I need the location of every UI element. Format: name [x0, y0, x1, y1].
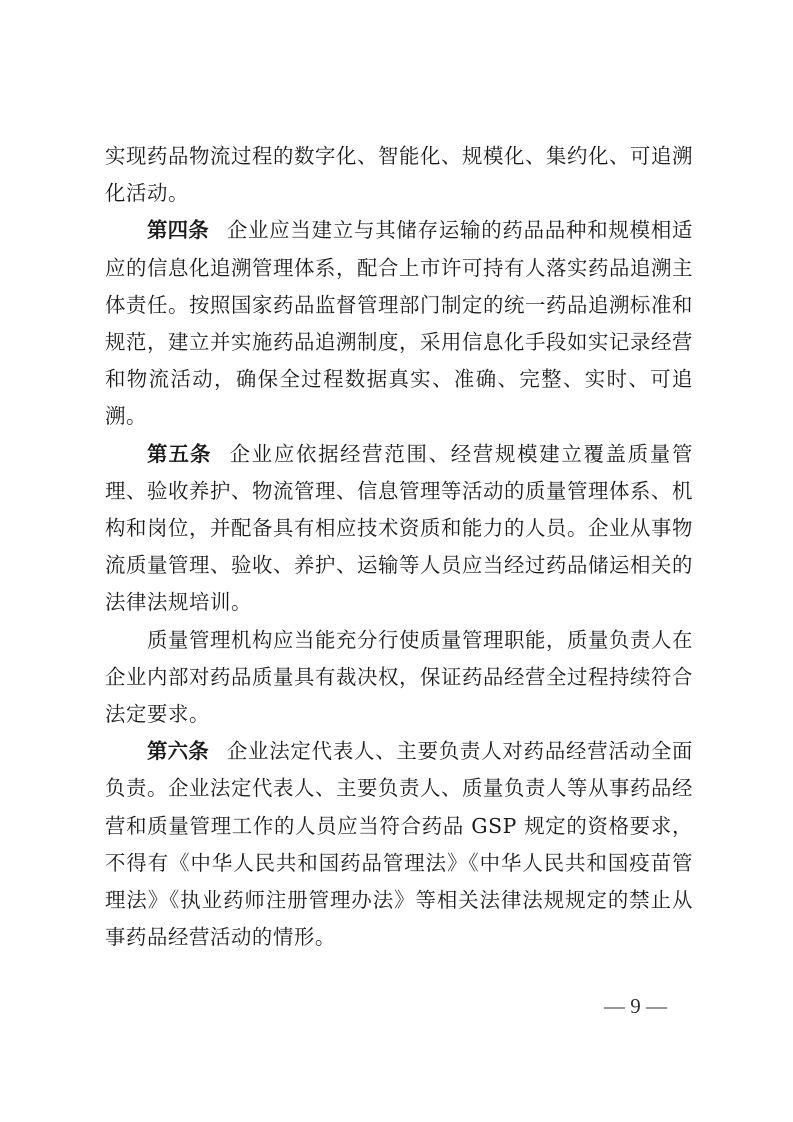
paragraph-text: 企业应当建立与其储存运输的药品品种和规模相适应的信息化追溯管理体系，配合上市许可… — [105, 218, 693, 428]
article-number: 第六条 — [147, 739, 209, 763]
document-body: 实现药品物流过程的数字化、智能化、规模化、集约化、可追溯化活动。 第四条企业应当… — [105, 138, 693, 956]
article-5-paragraph-2: 质量管理机构应当能充分行使质量管理职能，质量负责人在企业内部对药品质量具有裁决权… — [105, 622, 693, 734]
article-number: 第四条 — [147, 218, 209, 242]
article-number: 第五条 — [147, 442, 212, 466]
paragraph-text: 质量管理机构应当能充分行使质量管理职能，质量负责人在企业内部对药品质量具有裁决权… — [105, 628, 693, 726]
article-4: 第四条企业应当建立与其储存运输的药品品种和规模相适应的信息化追溯管理体系，配合上… — [105, 212, 693, 435]
paragraph-text: 企业应依据经营范围、经营规模建立覆盖质量管理、验收养护、物流管理、信息管理等活动… — [105, 442, 693, 615]
paragraph-continuation: 实现药品物流过程的数字化、智能化、规模化、集约化、可追溯化活动。 — [105, 138, 693, 212]
article-5: 第五条企业应依据经营范围、经营规模建立覆盖质量管理、验收养护、物流管理、信息管理… — [105, 436, 693, 622]
article-6: 第六条企业法定代表人、主要负责人对药品经营活动全面负责。企业法定代表人、主要负责… — [105, 733, 693, 956]
paragraph-text: 企业法定代表人、主要负责人对药品经营活动全面负责。企业法定代表人、主要负责人、质… — [105, 739, 693, 949]
paragraph-text: 实现药品物流过程的数字化、智能化、规模化、集约化、可追溯化活动。 — [105, 144, 693, 205]
page-number: — 9 — — [604, 994, 667, 1019]
